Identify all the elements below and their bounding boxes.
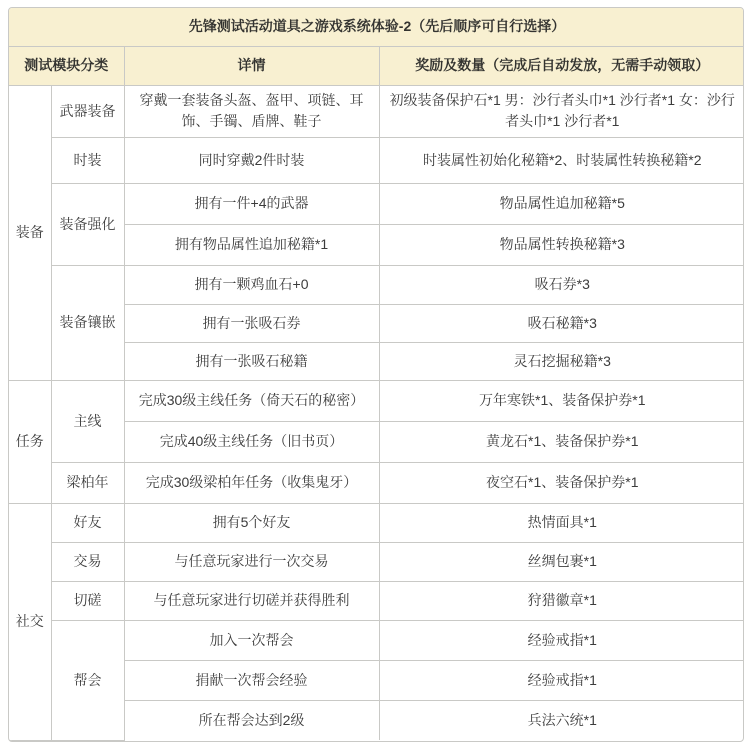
detail-cell: 完成30级梁柏年任务（收集鬼牙）	[124, 462, 379, 503]
reward-cell: 吸石券*3	[379, 265, 744, 304]
reward-cell: 兵法六统*1	[379, 700, 744, 740]
activity-table: 先锋测试活动道具之游戏系统体验-2（先后顺序可自行选择） 测试模块分类 详情 奖…	[9, 8, 744, 741]
activity-table-container: 先锋测试活动道具之游戏系统体验-2（先后顺序可自行选择） 测试模块分类 详情 奖…	[8, 7, 744, 742]
column-header-detail: 详情	[124, 46, 379, 85]
group-cell-fashion: 时装	[51, 137, 124, 183]
group-cell-enhance: 装备强化	[51, 183, 124, 265]
reward-cell: 经验戒指*1	[379, 660, 744, 700]
reward-cell: 经验戒指*1	[379, 620, 744, 660]
table-row: 梁柏年 完成30级梁柏年任务（收集鬼牙） 夜空石*1、装备保护券*1	[9, 462, 744, 503]
category-cell-equipment: 装备	[9, 85, 51, 380]
detail-cell: 拥有一颗鸡血石+0	[124, 265, 379, 304]
reward-cell: 物品属性转换秘籍*3	[379, 224, 744, 265]
table-row: 时装 同时穿戴2件时装 时装属性初始化秘籍*2、时装属性转换秘籍*2	[9, 137, 744, 183]
table-row: 装备强化 拥有一件+4的武器 物品属性追加秘籍*5	[9, 183, 744, 224]
category-cell-social: 社交	[9, 503, 51, 740]
table-row: 装备 武器装备 穿戴一套装备头盔、盔甲、项链、耳饰、手镯、盾牌、鞋子 初级装备保…	[9, 85, 744, 137]
detail-cell: 完成30级主线任务（倚天石的秘密）	[124, 380, 379, 421]
detail-cell: 穿戴一套装备头盔、盔甲、项链、耳饰、手镯、盾牌、鞋子	[124, 85, 379, 137]
reward-cell: 丝绸包裹*1	[379, 542, 744, 581]
table-row: 装备镶嵌 拥有一颗鸡血石+0 吸石券*3	[9, 265, 744, 304]
detail-cell: 所在帮会达到2级	[124, 700, 379, 740]
group-cell-friends: 好友	[51, 503, 124, 542]
group-cell-guild: 帮会	[51, 620, 124, 740]
reward-cell: 时装属性初始化秘籍*2、时装属性转换秘籍*2	[379, 137, 744, 183]
header-row: 测试模块分类 详情 奖励及数量（完成后自动发放，无需手动领取）	[9, 46, 744, 85]
detail-cell: 拥有一张吸石券	[124, 304, 379, 342]
reward-cell: 灵石挖掘秘籍*3	[379, 342, 744, 380]
reward-cell: 初级装备保护石*1 男：沙行者头巾*1 沙行者*1 女：沙行者头巾*1 沙行者*…	[379, 85, 744, 137]
group-cell-sparring: 切磋	[51, 581, 124, 620]
group-cell-liangbonian: 梁柏年	[51, 462, 124, 503]
reward-cell: 物品属性追加秘籍*5	[379, 183, 744, 224]
table-title: 先锋测试活动道具之游戏系统体验-2（先后顺序可自行选择）	[9, 8, 744, 46]
detail-cell: 完成40级主线任务（旧书页）	[124, 421, 379, 462]
detail-cell: 捐献一次帮会经验	[124, 660, 379, 700]
reward-cell: 热情面具*1	[379, 503, 744, 542]
reward-cell: 夜空石*1、装备保护券*1	[379, 462, 744, 503]
detail-cell: 拥有一件+4的武器	[124, 183, 379, 224]
table-row: 帮会 加入一次帮会 经验戒指*1	[9, 620, 744, 660]
title-row: 先锋测试活动道具之游戏系统体验-2（先后顺序可自行选择）	[9, 8, 744, 46]
table-row: 社交 好友 拥有5个好友 热情面具*1	[9, 503, 744, 542]
page: 先锋测试活动道具之游戏系统体验-2（先后顺序可自行选择） 测试模块分类 详情 奖…	[0, 0, 752, 742]
group-cell-mainline: 主线	[51, 380, 124, 462]
detail-cell: 拥有物品属性追加秘籍*1	[124, 224, 379, 265]
category-cell-quest: 任务	[9, 380, 51, 503]
reward-cell: 狩猎徽章*1	[379, 581, 744, 620]
reward-cell: 吸石秘籍*3	[379, 304, 744, 342]
group-cell-weapon-gear: 武器装备	[51, 85, 124, 137]
detail-cell: 加入一次帮会	[124, 620, 379, 660]
table-row: 任务 主线 完成30级主线任务（倚天石的秘密） 万年寒铁*1、装备保护券*1	[9, 380, 744, 421]
detail-cell: 拥有5个好友	[124, 503, 379, 542]
detail-cell: 与任意玩家进行一次交易	[124, 542, 379, 581]
reward-cell: 万年寒铁*1、装备保护券*1	[379, 380, 744, 421]
group-cell-trade: 交易	[51, 542, 124, 581]
column-header-module: 测试模块分类	[9, 46, 124, 85]
table-row: 交易 与任意玩家进行一次交易 丝绸包裹*1	[9, 542, 744, 581]
detail-cell: 同时穿戴2件时装	[124, 137, 379, 183]
column-header-reward: 奖励及数量（完成后自动发放，无需手动领取）	[379, 46, 744, 85]
detail-cell: 拥有一张吸石秘籍	[124, 342, 379, 380]
group-cell-inlay: 装备镶嵌	[51, 265, 124, 380]
reward-cell: 黄龙石*1、装备保护券*1	[379, 421, 744, 462]
detail-cell: 与任意玩家进行切磋并获得胜利	[124, 581, 379, 620]
table-row: 切磋 与任意玩家进行切磋并获得胜利 狩猎徽章*1	[9, 581, 744, 620]
